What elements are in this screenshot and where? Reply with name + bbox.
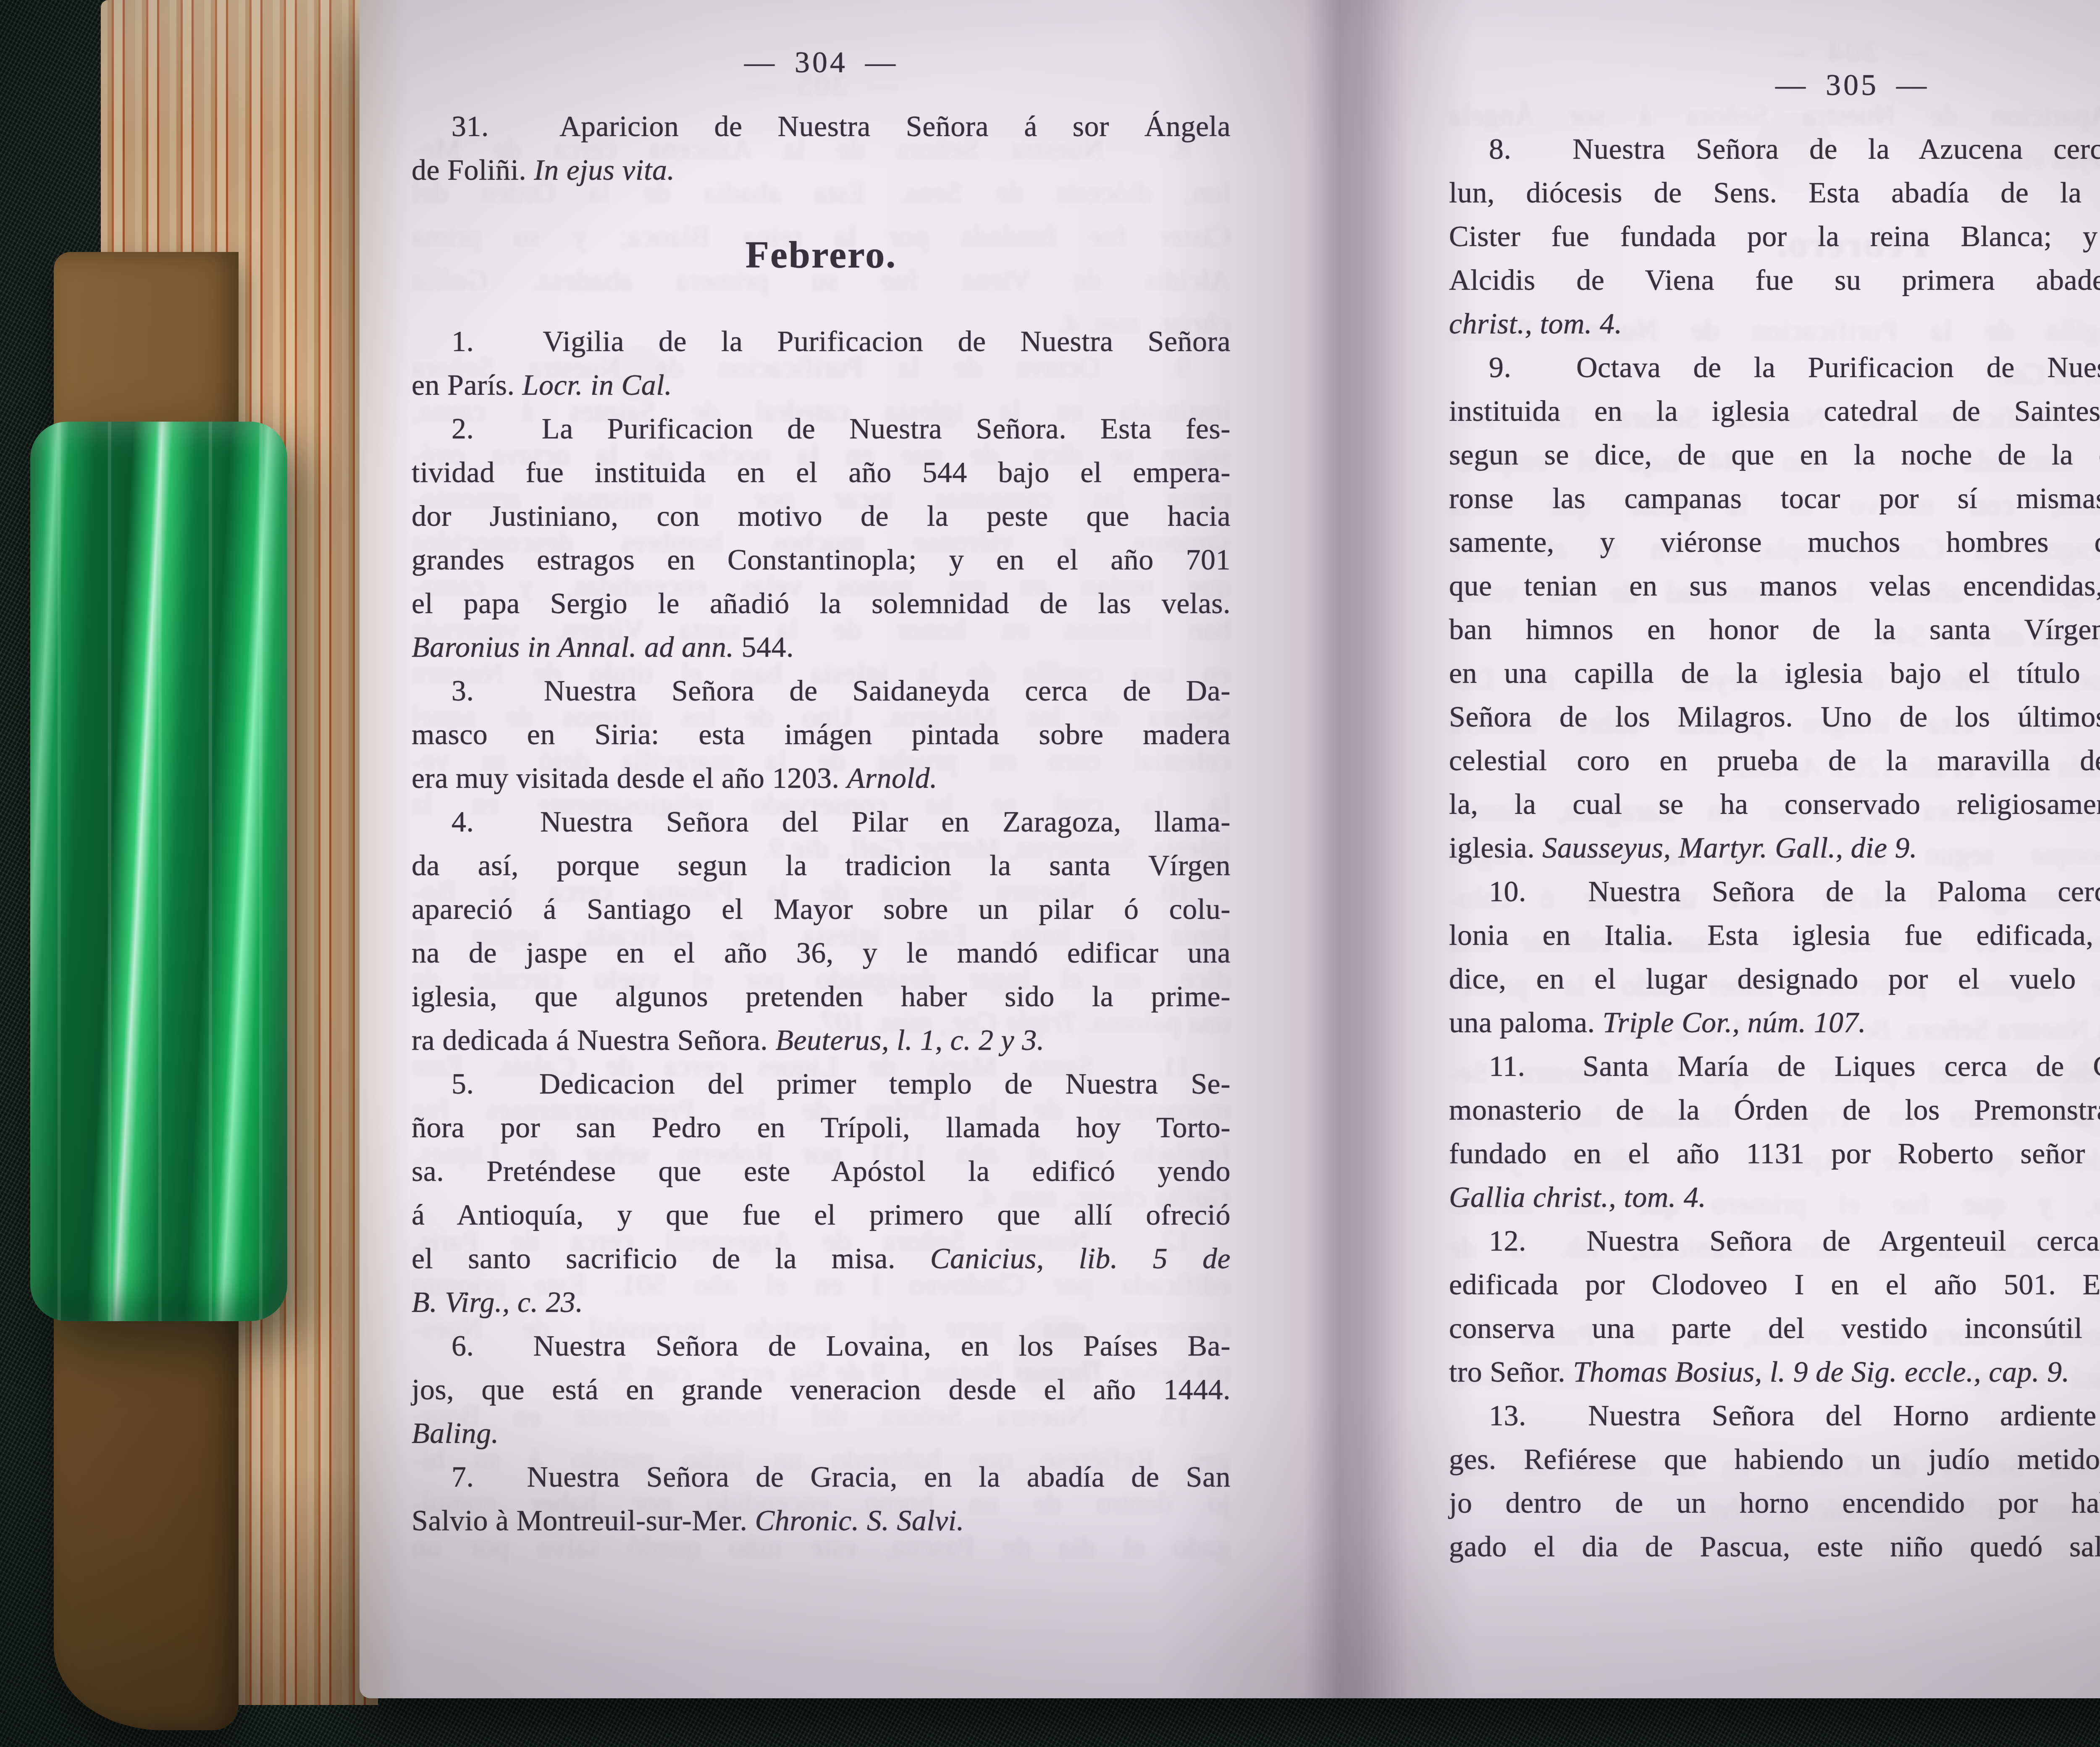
text-line: 9. Octava de la Purificacion de Nuestra …	[1449, 346, 2100, 390]
text-line: samente, y viéronse muchos hombres desco…	[1449, 521, 2100, 564]
text-line: jo dentro de un horno encendido por habe…	[1449, 1482, 2100, 1525]
text-line: grandes estragos en Constantinopla; y en…	[412, 538, 1231, 582]
text-line: dor Justiniano, con motivo de la peste q…	[412, 495, 1231, 538]
text-line: Salvio à Montreuil-sur-Mer. Chronic. S. …	[412, 1499, 1231, 1543]
paragraph: 3. Nuestra Señora de Saidaneyda cerca de…	[412, 669, 1231, 800]
open-book-pages: — 305 —8. Nuestra Señora de la Azucena c…	[360, 0, 2100, 1698]
page-305-text: — 305 —8. Nuestra Señora de la Azucena c…	[1449, 63, 2100, 1569]
text-line: celestial coro en prueba de la maravilla…	[1449, 739, 2100, 783]
text-line: 12. Nuestra Señora de Argenteuil cerca d…	[1449, 1220, 2100, 1263]
text-line: na de jaspe en el año 36, y le mandó edi…	[412, 931, 1231, 975]
paragraph: 9. Octava de la Purificacion de Nuestra …	[1449, 346, 2100, 870]
text-line: apareció á Santiago el Mayor sobre un pi…	[412, 888, 1231, 931]
text-line: de Foliñi. In ejus vita.	[412, 149, 1231, 192]
text-line: 13. Nuestra Señora del Horno ardiente en…	[1449, 1394, 2100, 1438]
text-line: — 305 —	[1449, 63, 2100, 107]
paragraph: 13. Nuestra Señora del Horno ardiente en…	[1449, 1394, 2100, 1569]
text-line: conserva una parte del vestido inconsúti…	[1449, 1307, 2100, 1351]
left-green-page-clip	[30, 422, 287, 1321]
paragraph: 5. Dedicacion del primer templo de Nuest…	[412, 1062, 1231, 1325]
text-line: 4. Nuestra Señora del Pilar en Zaragoza,…	[412, 800, 1231, 844]
text-line: 2. La Purificacion de Nuestra Señora. Es…	[412, 407, 1231, 451]
page-304-text: — 304 —31. Aparicion de Nuestra Señora á…	[412, 40, 1231, 1543]
text-line: iglesia. Sausseyus, Martyr. Gall., die 9…	[1449, 826, 2100, 870]
paragraph: 7. Nuestra Señora de Gracia, en la abadí…	[412, 1456, 1231, 1543]
text-line: ges. Refiérese que habiendo un judío met…	[1449, 1438, 2100, 1482]
paragraph: 6. Nuestra Señora de Lovaina, en los Paí…	[412, 1325, 1231, 1456]
text-line: 10. Nuestra Señora de la Paloma cerca de…	[1449, 870, 2100, 914]
text-line: monasterio de la Órden de los Premonstra…	[1449, 1089, 2100, 1132]
text-line: una paloma. Triple Cor., núm. 107.	[1449, 1001, 2100, 1045]
text-line: Cister fue fundada por la reina Blanca; …	[1449, 215, 2100, 259]
paragraph: 2. La Purificacion de Nuestra Señora. Es…	[412, 407, 1231, 669]
text-line: iglesia, que algunos pretenden haber sid…	[412, 975, 1231, 1019]
page-number: — 305 —	[1449, 63, 2100, 107]
text-line: Gallia christ., tom. 4.	[1449, 1176, 2100, 1220]
text-line: gado el dia de Pascua, este niño quedó s…	[1449, 1525, 2100, 1569]
text-line: en París. Locr. in Cal.	[412, 364, 1231, 407]
text-line: 8. Nuestra Señora de la Azucena cerca de…	[1449, 128, 2100, 171]
text-line: Baronius in Annal. ad ann. 544.	[412, 626, 1231, 669]
text-line: era muy visitada desde el año 1203. Arno…	[412, 757, 1231, 800]
paragraph: 12. Nuestra Señora de Argenteuil cerca d…	[1449, 1220, 2100, 1394]
text-line: segun se dice, de que en la noche de la …	[1449, 433, 2100, 477]
text-line: á Antioquía, y que fue el primero que al…	[412, 1194, 1231, 1237]
text-line: Baling.	[412, 1412, 1231, 1456]
text-line: 11. Santa María de Liques cerca de Calai…	[1449, 1045, 2100, 1089]
paragraph: 4. Nuestra Señora del Pilar en Zaragoza,…	[412, 800, 1231, 1062]
text-line: 5. Dedicacion del primer templo de Nuest…	[412, 1062, 1231, 1106]
paragraph: 31. Aparicion de Nuestra Señora á sor Án…	[412, 105, 1231, 192]
text-line: tividad fue instituida en el año 544 baj…	[412, 451, 1231, 495]
text-line: ra dedicada á Nuestra Señora. Beuterus, …	[412, 1019, 1231, 1062]
text-line: ronse las campanas tocar por sí mismas a…	[1449, 477, 2100, 521]
month-heading: Febrero.	[412, 233, 1231, 276]
text-line: el santo sacrificio de la misa. Canicius…	[412, 1237, 1231, 1281]
text-line: 7. Nuestra Señora de Gracia, en la abadí…	[412, 1456, 1231, 1499]
text-line: 6. Nuestra Señora de Lovaina, en los Paí…	[412, 1325, 1231, 1368]
text-line: el papa Sergio le añadió la solemnidad d…	[412, 582, 1231, 626]
page-number: — 304 —	[412, 40, 1231, 84]
text-line: Febrero.	[412, 233, 1231, 276]
text-line: en una capilla de la iglesia bajo el tít…	[1449, 652, 2100, 695]
paragraph: 8. Nuestra Señora de la Azucena cerca de…	[1449, 128, 2100, 346]
text-line: 1. Vigilia de la Purificacion de Nuestra…	[412, 320, 1231, 364]
text-line: la, la cual se ha conservado religiosame…	[1449, 783, 2100, 826]
text-line: da así, porque segun la tradicion la san…	[412, 844, 1231, 888]
paragraph: 1. Vigilia de la Purificacion de Nuestra…	[412, 320, 1231, 407]
open-book-photo: — 305 —8. Nuestra Señora de la Azucena c…	[0, 0, 2100, 1747]
text-line: christ., tom. 4.	[1449, 302, 2100, 346]
paragraph: 10. Nuestra Señora de la Paloma cerca de…	[1449, 870, 2100, 1045]
text-line: lonia en Italia. Esta iglesia fue edific…	[1449, 914, 2100, 957]
text-line: lun, diócesis de Sens. Esta abadía de la…	[1449, 171, 2100, 215]
text-line: que tenian en sus manos velas encendidas…	[1449, 564, 2100, 608]
text-line: ban himnos en honor de la santa Vírgen, …	[1449, 608, 2100, 652]
text-line: sa. Preténdese que este Apóstol la edifi…	[412, 1150, 1231, 1194]
text-line: fundado en el año 1131 por Roberto señor…	[1449, 1132, 2100, 1176]
text-line: B. Virg., c. 23.	[412, 1281, 1231, 1325]
text-line: jos, que está en grande veneracion desde…	[412, 1368, 1231, 1412]
text-line: instituida en la iglesia catedral de Sai…	[1449, 390, 2100, 433]
text-line: 3. Nuestra Señora de Saidaneyda cerca de…	[412, 669, 1231, 713]
text-line: dice, en el lugar designado por el vuelo…	[1449, 957, 2100, 1001]
paragraph: 11. Santa María de Liques cerca de Calai…	[1449, 1045, 2100, 1220]
text-line: ñora por san Pedro en Trípoli, llamada h…	[412, 1106, 1231, 1150]
text-line: 31. Aparicion de Nuestra Señora á sor Án…	[412, 105, 1231, 149]
text-line: Alcidis de Viena fue su primera abadesa.…	[1449, 259, 2100, 302]
text-line: tro Señor. Thomas Bosius, l. 9 de Sig. e…	[1449, 1351, 2100, 1394]
text-line: — 304 —	[412, 40, 1231, 84]
text-line: edificada por Clodoveo I en el año 501. …	[1449, 1263, 2100, 1307]
text-line: masco en Siria: esta imágen pintada sobr…	[412, 713, 1231, 757]
text-line: Señora de los Milagros. Uno de los últim…	[1449, 695, 2100, 739]
